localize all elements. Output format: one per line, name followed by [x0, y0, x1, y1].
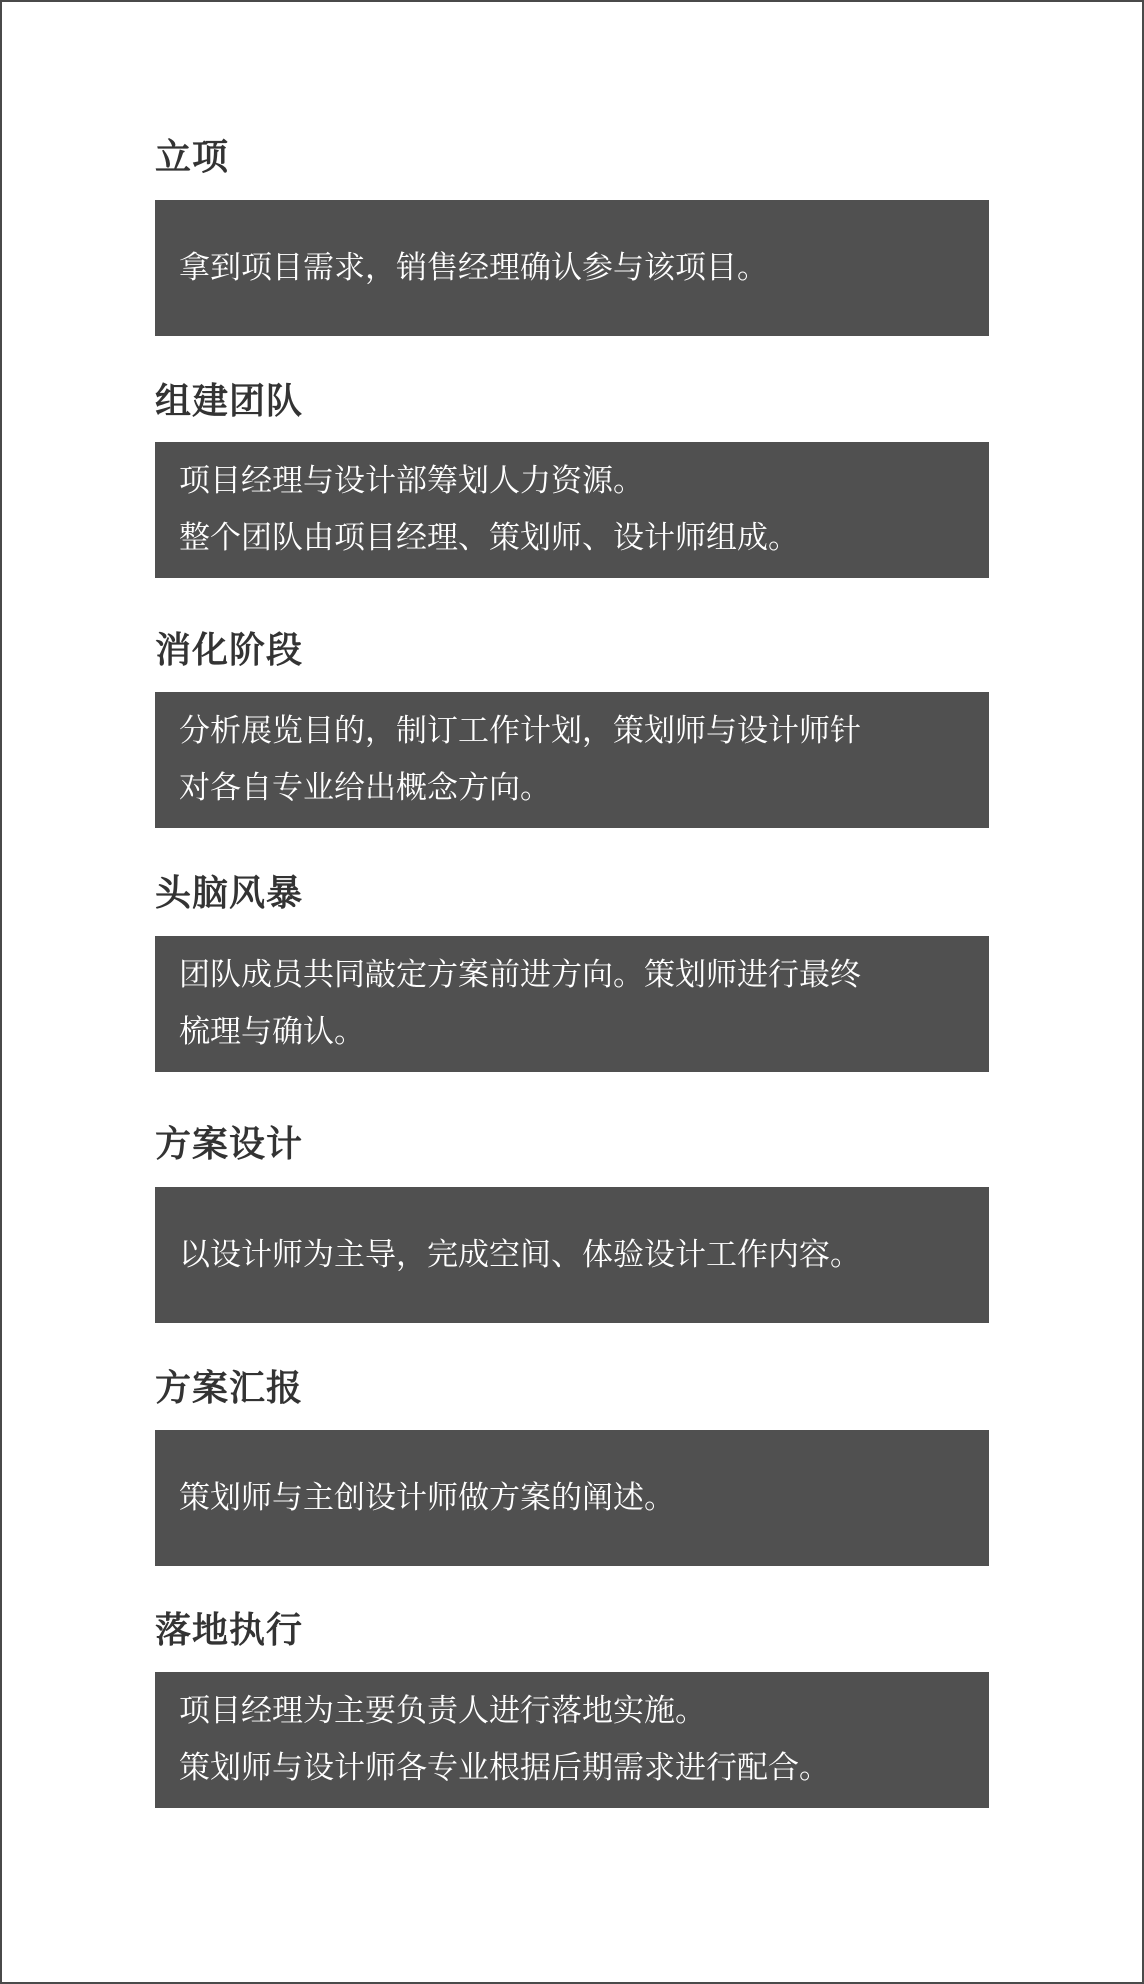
step-box-brainstorm: 团队成员共同敲定方案前进方向。策划师进行最终 梳理与确认。	[155, 936, 989, 1072]
step-text: 团队成员共同敲定方案前进方向。策划师进行最终	[179, 947, 965, 1004]
step-text: 拿到项目需求，销售经理确认参与该项目。	[179, 240, 965, 297]
step-text: 整个团队由项目经理、策划师、设计师组成。	[179, 510, 965, 567]
step-title-report: 方案汇报	[155, 1367, 303, 1411]
step-box-report: 策划师与主创设计师做方案的阐述。	[155, 1430, 989, 1566]
step-box-digestion: 分析展览目的，制订工作计划，策划师与设计师针 对各自专业给出概念方向。	[155, 692, 989, 828]
step-box-execution: 项目经理为主要负责人进行落地实施。 策划师与设计师各专业根据后期需求进行配合。	[155, 1672, 989, 1808]
step-text: 策划师与主创设计师做方案的阐述。	[179, 1470, 965, 1527]
step-text: 梳理与确认。	[179, 1004, 965, 1061]
step-title-initiation: 立项	[155, 136, 229, 180]
step-box-initiation: 拿到项目需求，销售经理确认参与该项目。	[155, 200, 989, 336]
step-box-team: 项目经理与设计部筹划人力资源。 整个团队由项目经理、策划师、设计师组成。	[155, 442, 989, 578]
step-title-digestion: 消化阶段	[155, 629, 303, 673]
step-text: 分析展览目的，制订工作计划，策划师与设计师针	[179, 703, 965, 760]
step-title-execution: 落地执行	[155, 1609, 303, 1653]
step-box-design: 以设计师为主导，完成空间、体验设计工作内容。	[155, 1187, 989, 1323]
step-title-design: 方案设计	[155, 1123, 303, 1167]
step-text: 项目经理与设计部筹划人力资源。	[179, 453, 965, 510]
step-text: 以设计师为主导，完成空间、体验设计工作内容。	[179, 1227, 965, 1284]
step-title-brainstorm: 头脑风暴	[155, 872, 303, 916]
step-title-team: 组建团队	[155, 380, 303, 424]
step-text: 对各自专业给出概念方向。	[179, 760, 965, 817]
step-text: 策划师与设计师各专业根据后期需求进行配合。	[179, 1740, 965, 1797]
step-text: 项目经理为主要负责人进行落地实施。	[179, 1683, 965, 1740]
